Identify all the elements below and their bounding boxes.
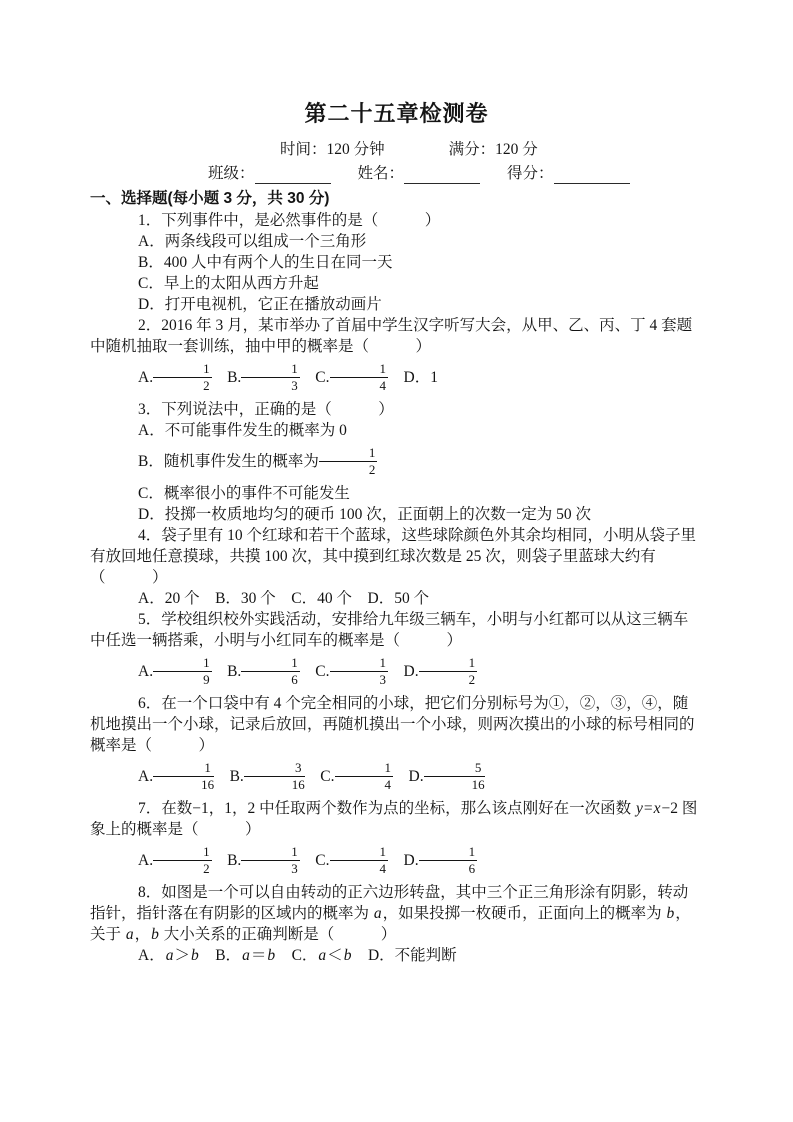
fraction: 19 — [153, 656, 212, 687]
fraction: 12 — [419, 656, 478, 687]
math-variable: a — [125, 926, 135, 943]
question-text: 8．如图是一个可以自由转动的正六边形转盘，其中三个正三角形涂有阴影，转动指针，指… — [90, 882, 703, 945]
full-score-label: 满分：120 分 — [449, 139, 538, 160]
score-blank-line — [554, 168, 630, 184]
name-label: 姓名： — [358, 163, 405, 184]
math-variable: b — [666, 905, 676, 922]
question-text: 3．下列说法中，正确的是（ ） — [90, 399, 703, 420]
fraction: 14 — [330, 362, 389, 393]
option-row: A.12 B.13 C.14 D．1 — [90, 357, 703, 399]
option-row: D．投掷一枚质地均匀的硬币 100 次，正面朝上的次数一定为 50 次 — [90, 504, 703, 525]
option-row: A.116 B.316 C.14 D.516 — [90, 756, 703, 798]
option-row: B．随机事件发生的概率为12 — [90, 441, 703, 483]
name-field: 姓名： — [358, 163, 481, 184]
math-variable: b — [266, 947, 276, 964]
time-limit-label: 时间：120 分钟 — [280, 139, 385, 160]
option-row: C．概率很小的事件不可能发生 — [90, 483, 703, 504]
fraction: 13 — [330, 656, 389, 687]
option-row: C．早上的太阳从西方升起 — [90, 273, 703, 294]
question-text: 5．学校组织校外实践活动，安排给九年级三辆车，小明与小红都可以从这三辆车中任选一… — [90, 609, 703, 651]
section-title-choice-questions: 一、选择题(每小题 3 分，共 30 分) — [90, 188, 703, 210]
math-variable: a — [241, 947, 251, 964]
fraction: 13 — [241, 362, 300, 393]
math-variable: b — [190, 947, 200, 964]
class-blank-line — [255, 168, 331, 184]
fraction: 12 — [153, 845, 212, 876]
fraction: 516 — [424, 761, 485, 792]
math-variable: x — [653, 800, 662, 817]
student-info-line: 班级： 姓名： 得分： — [208, 162, 703, 184]
page-title: 第二十五章检测卷 — [90, 100, 703, 127]
fraction: 16 — [241, 656, 300, 687]
option-row: A．a＞b B．a＝b C．a＜b D．不能判断 — [90, 945, 703, 966]
test-paper-page: 第二十五章检测卷 时间：120 分钟 满分：120 分 班级： 姓名： 得分： … — [0, 0, 793, 1122]
questions: 1．下列事件中，是必然事件的是（ ）A．两条线段可以组成一个三角形B．400 人… — [90, 210, 703, 966]
math-variable: a — [373, 905, 383, 922]
exam-meta-line: 时间：120 分钟 满分：120 分 — [280, 139, 703, 160]
question-text: 7．在数−1，1，2 中任取两个数作为点的坐标，那么该点刚好在一次函数 y=x−… — [90, 798, 703, 840]
option-row: A．两条线段可以组成一个三角形 — [90, 231, 703, 252]
option-row: A.19 B.16 C.13 D.12 — [90, 651, 703, 693]
score-label: 得分： — [507, 163, 554, 184]
option-row: A．20 个 B．30 个 C．40 个 D．50 个 — [90, 588, 703, 609]
fraction: 12 — [319, 446, 378, 477]
option-row: A．不可能事件发生的概率为 0 — [90, 420, 703, 441]
math-variable: b — [150, 926, 160, 943]
fraction: 12 — [153, 362, 212, 393]
fraction: 13 — [241, 845, 300, 876]
score-field: 得分： — [507, 163, 630, 184]
class-field: 班级： — [208, 163, 331, 184]
math-variable: a — [317, 947, 327, 964]
question-text: 1．下列事件中，是必然事件的是（ ） — [90, 210, 703, 231]
fraction: 316 — [244, 761, 305, 792]
name-blank-line — [404, 168, 480, 184]
class-label: 班级： — [208, 163, 255, 184]
math-variable: a — [165, 947, 175, 964]
fraction: 14 — [330, 845, 389, 876]
option-row: B．400 人中有两个人的生日在同一天 — [90, 252, 703, 273]
fraction: 16 — [419, 845, 478, 876]
option-row: A.12 B.13 C.14 D.16 — [90, 840, 703, 882]
fraction: 116 — [153, 761, 214, 792]
fraction: 14 — [335, 761, 394, 792]
option-row: D．打开电视机，它正在播放动画片 — [90, 294, 703, 315]
math-variable: b — [343, 947, 353, 964]
question-text: 6．在一个口袋中有 4 个完全相同的小球，把它们分别标号为①，②，③，④，随机地… — [90, 693, 703, 756]
math-variable: y — [635, 800, 644, 817]
meta-gap — [385, 139, 449, 160]
question-text: 2．2016 年 3 月，某市举办了首届中学生汉字听写大会，从甲、乙、丙、丁 4… — [90, 315, 703, 357]
question-text: 4．袋子里有 10 个红球和若干个蓝球，这些球除颜色外其余均相同，小明从袋子里有… — [90, 525, 703, 588]
